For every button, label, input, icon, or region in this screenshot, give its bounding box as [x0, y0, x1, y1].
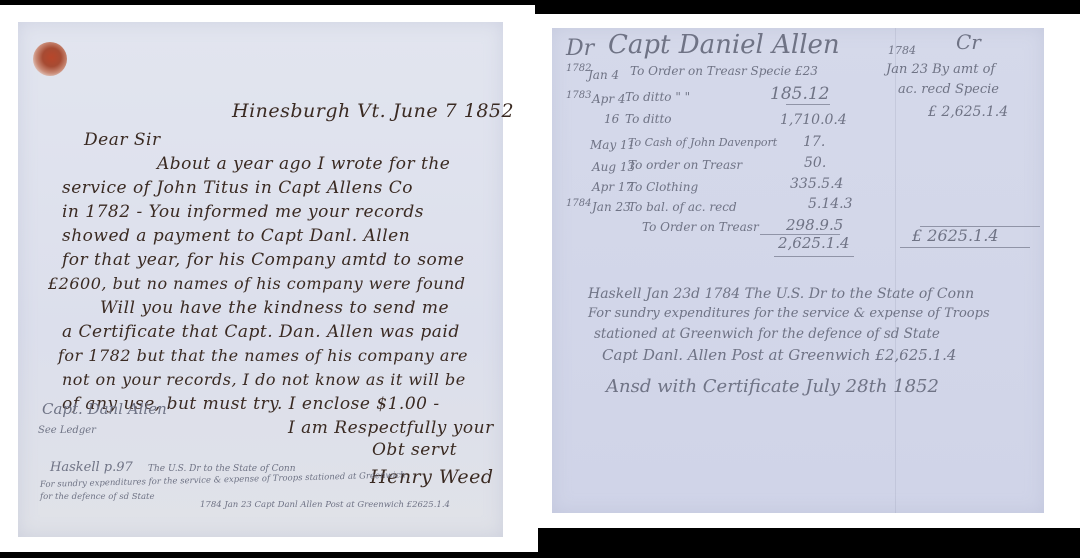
- row-date: Apr 4: [592, 92, 626, 106]
- letter-line: Will you have the kindness to send me: [100, 298, 449, 318]
- letter-line: service of John Titus in Capt Allens Co: [62, 178, 413, 198]
- ledger-note: stationed at Greenwich for the defence o…: [594, 326, 940, 342]
- ledger-title: Capt Daniel Allen: [608, 30, 840, 60]
- row-desc: To Order on Treasr Specie £23: [630, 64, 818, 78]
- page-fold: [895, 28, 896, 513]
- row-amount: 298.9.5: [786, 216, 843, 234]
- total-rule: [774, 256, 854, 257]
- letter-line: showed a payment to Capt Danl. Allen: [62, 226, 410, 246]
- letter-closing: I am Respectfully your: [288, 418, 494, 438]
- credit-entry: ac. recd Specie: [898, 82, 999, 97]
- letter-line: About a year ago I wrote for the: [157, 154, 450, 174]
- letter-closing: Obt servt: [372, 440, 457, 460]
- letter-header: Hinesburgh Vt. June 7 1852: [232, 100, 514, 122]
- row-amount: 5.14.3: [808, 196, 853, 212]
- letter-line: in 1782 - You informed me your records: [62, 202, 424, 222]
- credit-total-rule: [900, 247, 1030, 248]
- row-desc: To Order on Treasr: [642, 220, 759, 234]
- row-year: 1783: [566, 90, 591, 101]
- row-date: Jan 23: [592, 200, 631, 214]
- annotation-see-ledger: See Ledger: [38, 425, 96, 436]
- annotation-line: 1784 Jan 23 Capt Danl Allen Post at Gree…: [200, 500, 450, 510]
- credit-amount: £ 2,625.1.4: [928, 104, 1008, 120]
- row-amount: 50.: [804, 155, 826, 171]
- row-year: 1784: [566, 198, 591, 209]
- letter-salutation: Dear Sir: [84, 130, 161, 150]
- ledger-note: Capt Danl. Allen Post at Greenwich £2,62…: [602, 346, 956, 364]
- row-date: Apr 17: [592, 180, 633, 194]
- annotation-name: Capt. Danl Allen: [42, 400, 167, 418]
- row-desc: To ditto: [625, 112, 672, 126]
- ledger-dr-label: Dr: [566, 36, 594, 61]
- row-desc: To ditto " ": [625, 90, 690, 104]
- bottom-border-right: [538, 528, 1080, 558]
- row-amount: 335.5.4: [790, 176, 843, 192]
- credit-entry: Jan 23 By amt of: [886, 62, 995, 77]
- annotation-line: for the defence of sd State: [40, 492, 155, 502]
- row-desc: To bal. of ac. recd: [628, 200, 737, 214]
- ledger-note: For sundry expenditures for the service …: [588, 306, 990, 321]
- answer-note: Ansd with Certificate July 28th 1852: [606, 376, 939, 397]
- ledger-note: Haskell Jan 23d 1784 The U.S. Dr to the …: [588, 286, 974, 302]
- annotation-ref: Haskell p.97: [50, 460, 133, 475]
- row-desc: To order on Treasr: [628, 158, 742, 172]
- credit-label: Cr: [956, 30, 981, 54]
- row-desc: To Cash of John Davenport: [628, 136, 777, 149]
- letter-line: for that year, for his Company amtd to s…: [62, 250, 464, 270]
- annotation-line: The U.S. Dr to the State of Conn: [148, 464, 296, 474]
- letter-line: not on your records, I do not know as it…: [62, 370, 466, 389]
- row-date: Jan 4: [588, 68, 619, 82]
- credit-year: 1784: [888, 44, 916, 57]
- debit-total: 2,625.1.4: [778, 234, 850, 252]
- row-amount: 185.12: [770, 84, 829, 104]
- wax-seal-icon: [33, 42, 67, 76]
- credit-total: £ 2625.1.4: [912, 226, 999, 245]
- letter-line: £2600, but no names of his company were …: [48, 274, 466, 293]
- row-date: 16: [604, 112, 619, 126]
- top-border-right: [535, 0, 1080, 14]
- row-amount: 17.: [803, 134, 825, 150]
- row-amount: 1,710.0.4: [780, 112, 847, 128]
- underline: [786, 104, 830, 105]
- row-desc: To Clothing: [628, 180, 698, 194]
- letter-line: a Certificate that Capt. Dan. Allen was …: [62, 322, 460, 342]
- letter-line: for 1782 but that the names of his compa…: [58, 346, 468, 365]
